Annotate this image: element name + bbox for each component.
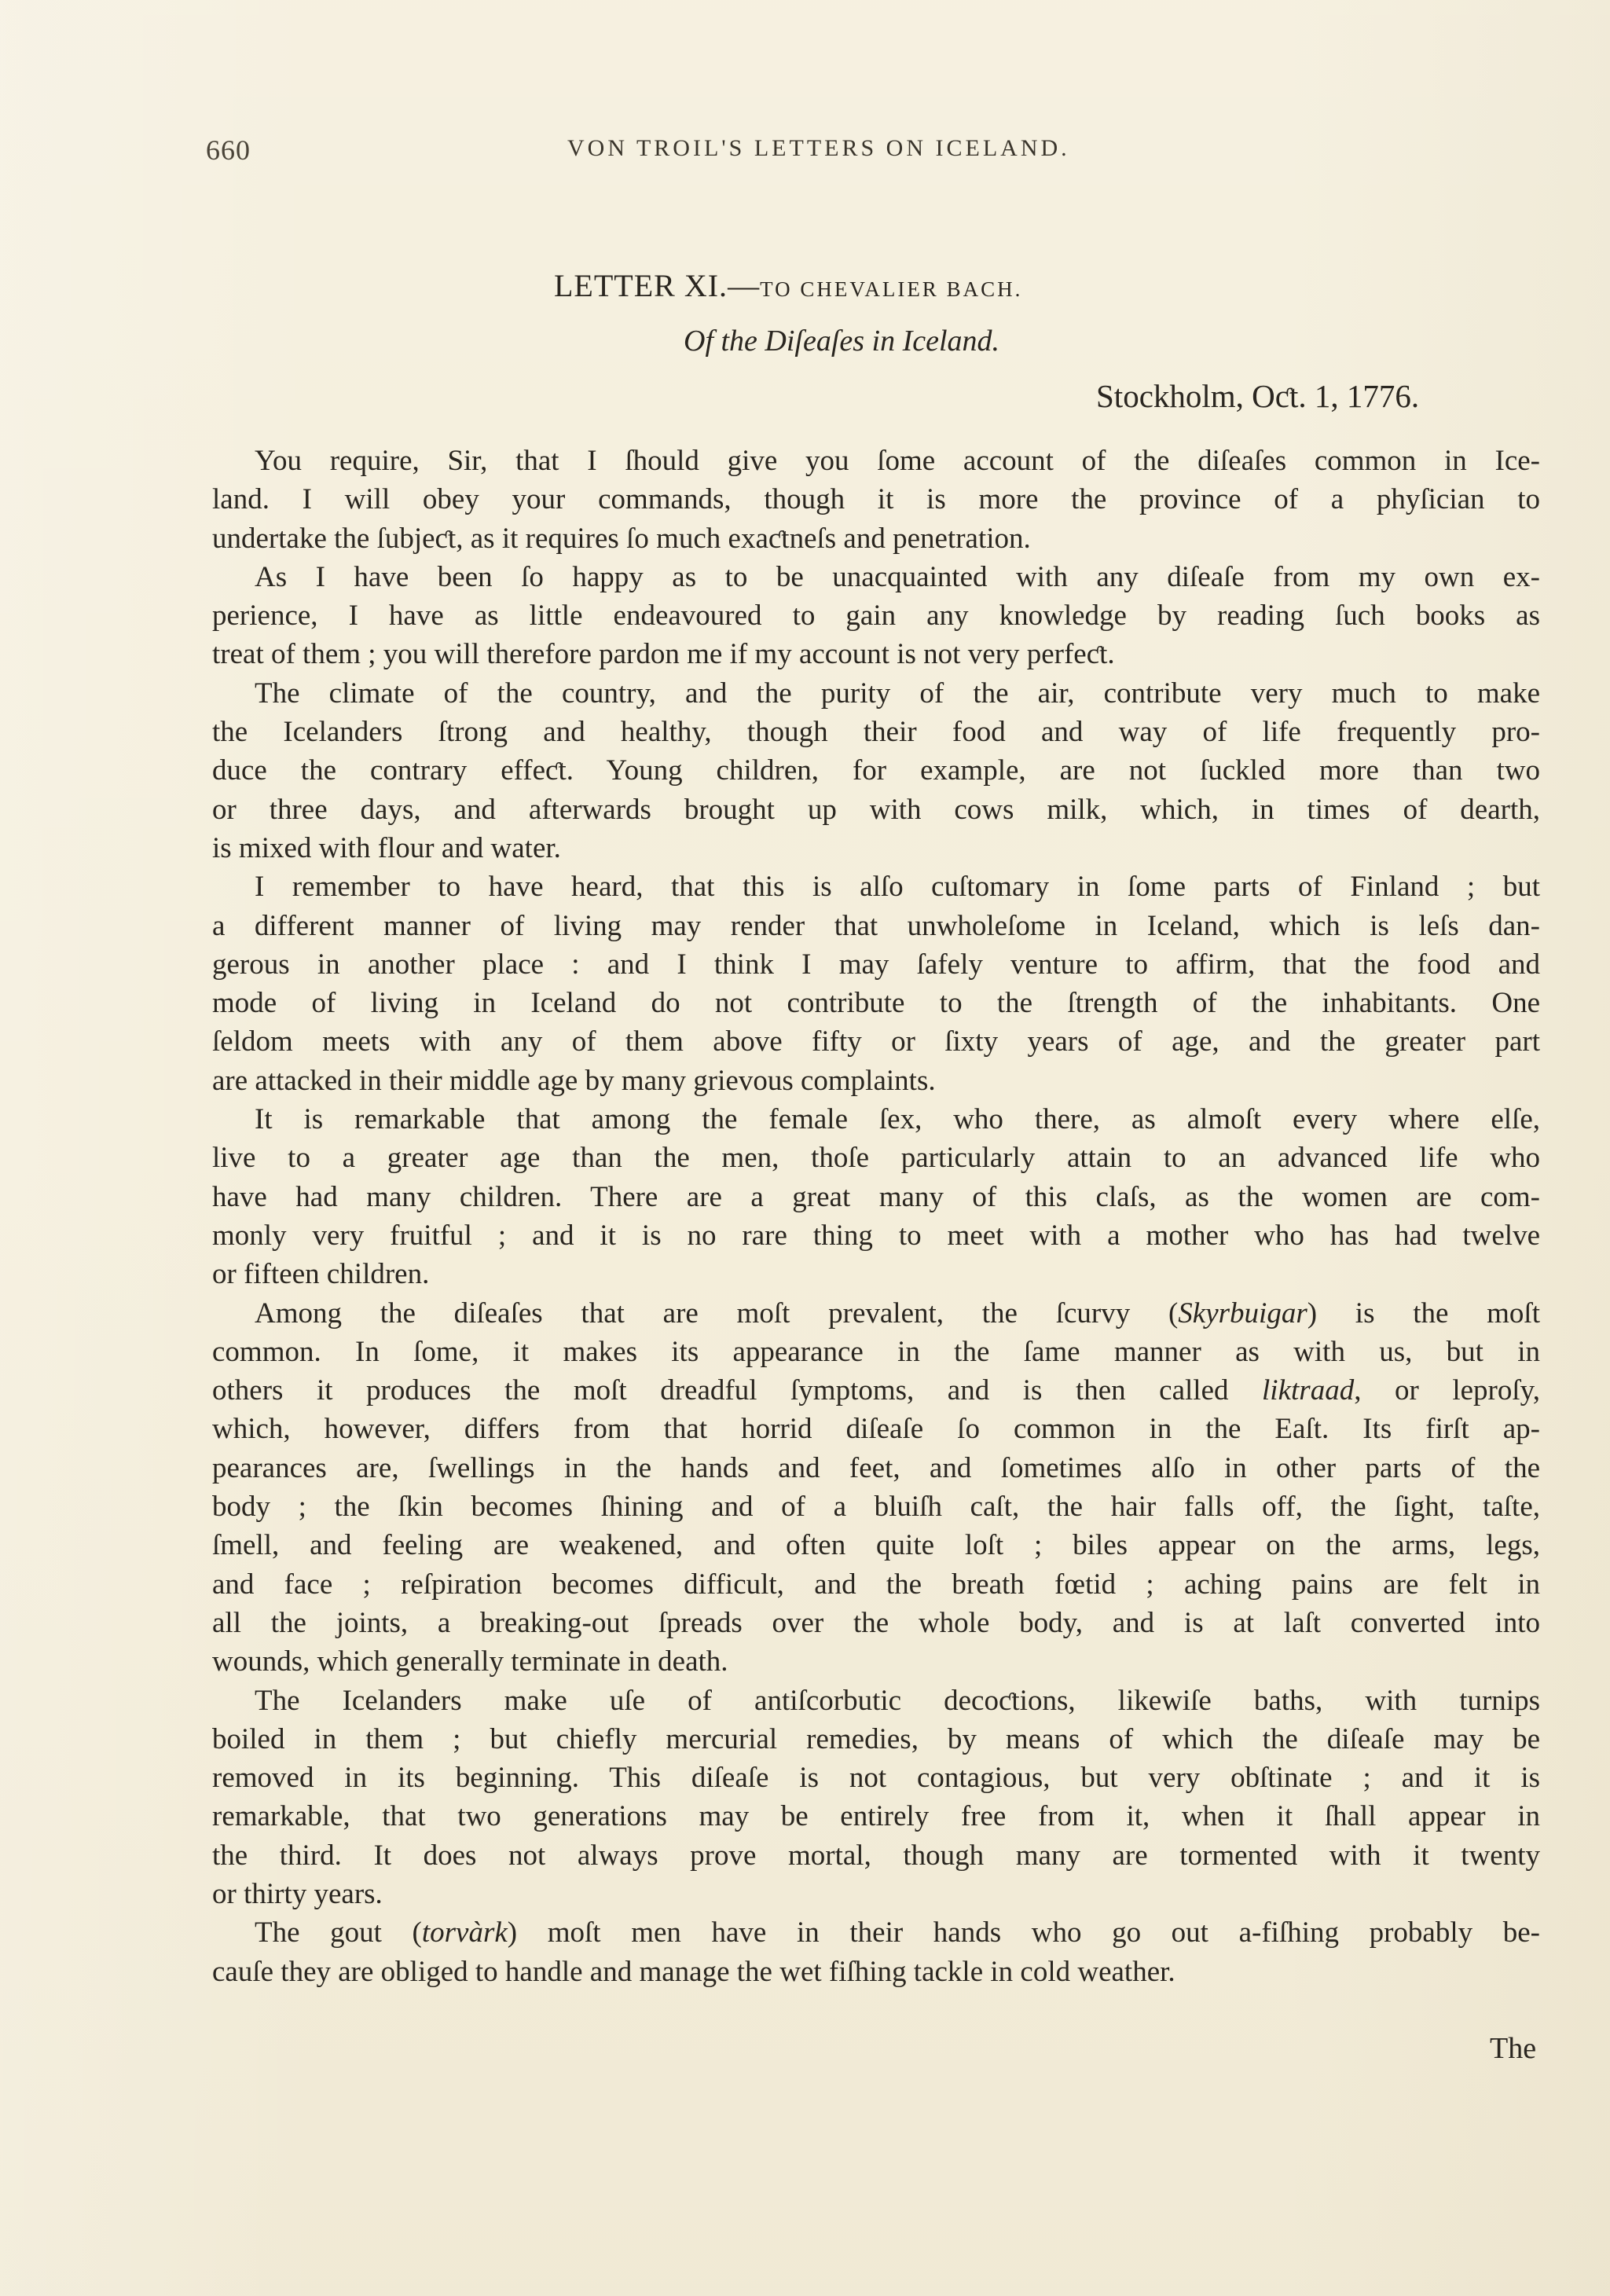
text-line: It is remarkable that among the female ſ… [212,1100,1540,1139]
text-line: all the joints, a breaking-out ſpreads o… [212,1604,1540,1642]
catchword: The [1490,2031,1536,2066]
text-line: As I have been ſo happy as to be unacqua… [212,558,1540,596]
text-line: Among the diſeaſes that are moſt prevale… [212,1294,1540,1333]
text-line: boiled in them ; but chiefly mercurial r… [212,1720,1540,1759]
text-line: The climate of the country, and the puri… [212,674,1540,713]
text-line: The gout (torvàrk) moſt men have in thei… [212,1913,1540,1952]
text-line: the third. It does not always prove mort… [212,1836,1540,1875]
text-line: ſmell, and feeling are weakened, and oft… [212,1526,1540,1564]
text-line: others it produces the moſt dreadful ſym… [212,1371,1540,1410]
text-line: The Icelanders make uſe of antiſcorbutic… [212,1682,1540,1720]
heading-dash: — [728,268,760,303]
text-line: cauſe they are obliged to handle and man… [212,1953,1540,1991]
running-title: Von Troil's Letters on Iceland. [567,135,1070,162]
text-line: land. I will obey your commands, though … [212,480,1540,519]
page-number: 660 [206,134,251,167]
text-line: pearances are, ſwellings in the hands an… [212,1449,1540,1487]
text-line: are attacked in their middle age by many… [212,1062,1540,1100]
text-line: mode of living in Iceland do not contrib… [212,984,1540,1022]
text-line: I remember to have heard, that this is a… [212,867,1540,906]
text-line: which, however, differs from that horrid… [212,1410,1540,1448]
text-line: monly very fruitful ; and it is no rare … [212,1216,1540,1255]
text-line: wounds, which generally terminate in dea… [212,1642,1540,1681]
letter-heading: LETTER XI.—To Chevalier Bach. [554,267,1022,304]
text-line: treat of them ; you will therefore pardo… [212,635,1540,673]
dateline: Stockholm, Oƈt. 1, 1776. [1096,377,1419,415]
text-line: or three days, and afterwards brought up… [212,790,1540,829]
italic-term: Skyrbuigar [1178,1297,1307,1330]
italic-term: liktraad [1262,1374,1354,1407]
text-line: live to a greater age than the men, thoſ… [212,1139,1540,1177]
text-line: undertake the ſubjeƈt, as it requires ſo… [212,519,1540,558]
text-line: ſeldom meets with any of them above fift… [212,1022,1540,1061]
italic-term: torvàrk [422,1916,508,1949]
body-text: You require, Sir, that I ſhould give you… [212,442,1540,1991]
text-line: removed in its beginning. This diſeaſe i… [212,1759,1540,1797]
text-line: gerous in another place : and I think I … [212,945,1540,984]
text-line: or fifteen children. [212,1255,1540,1293]
text-line: remarkable, that two generations may be … [212,1797,1540,1836]
text-line: a different manner of living may render … [212,907,1540,945]
text-line: body ; the ſkin becomes ſhining and of a… [212,1487,1540,1526]
text-line: the Icelanders ſtrong and healthy, thoug… [212,713,1540,751]
running-head: 660 Von Troil's Letters on Iceland. [206,134,1337,165]
letter-subtitle: Of the Diſeaſes in Iceland. [684,324,999,358]
text-line: common. In ſome, it makes its appearance… [212,1333,1540,1371]
letter-number: LETTER XI. [554,268,728,303]
letter-recipient: To Chevalier Bach. [760,277,1022,301]
text-line: is mixed with flour and water. [212,829,1540,867]
text-line: and face ; reſpiration becomes difficult… [212,1565,1540,1604]
text-line: duce the contrary effeƈt. Young children… [212,751,1540,790]
book-page: 660 Von Troil's Letters on Iceland. LETT… [0,0,1610,2296]
text-line: perience, I have as little endeavoured t… [212,596,1540,635]
text-line: have had many children. There are a grea… [212,1178,1540,1216]
text-line: or thirty years. [212,1875,1540,1913]
text-line: You require, Sir, that I ſhould give you… [212,442,1540,480]
